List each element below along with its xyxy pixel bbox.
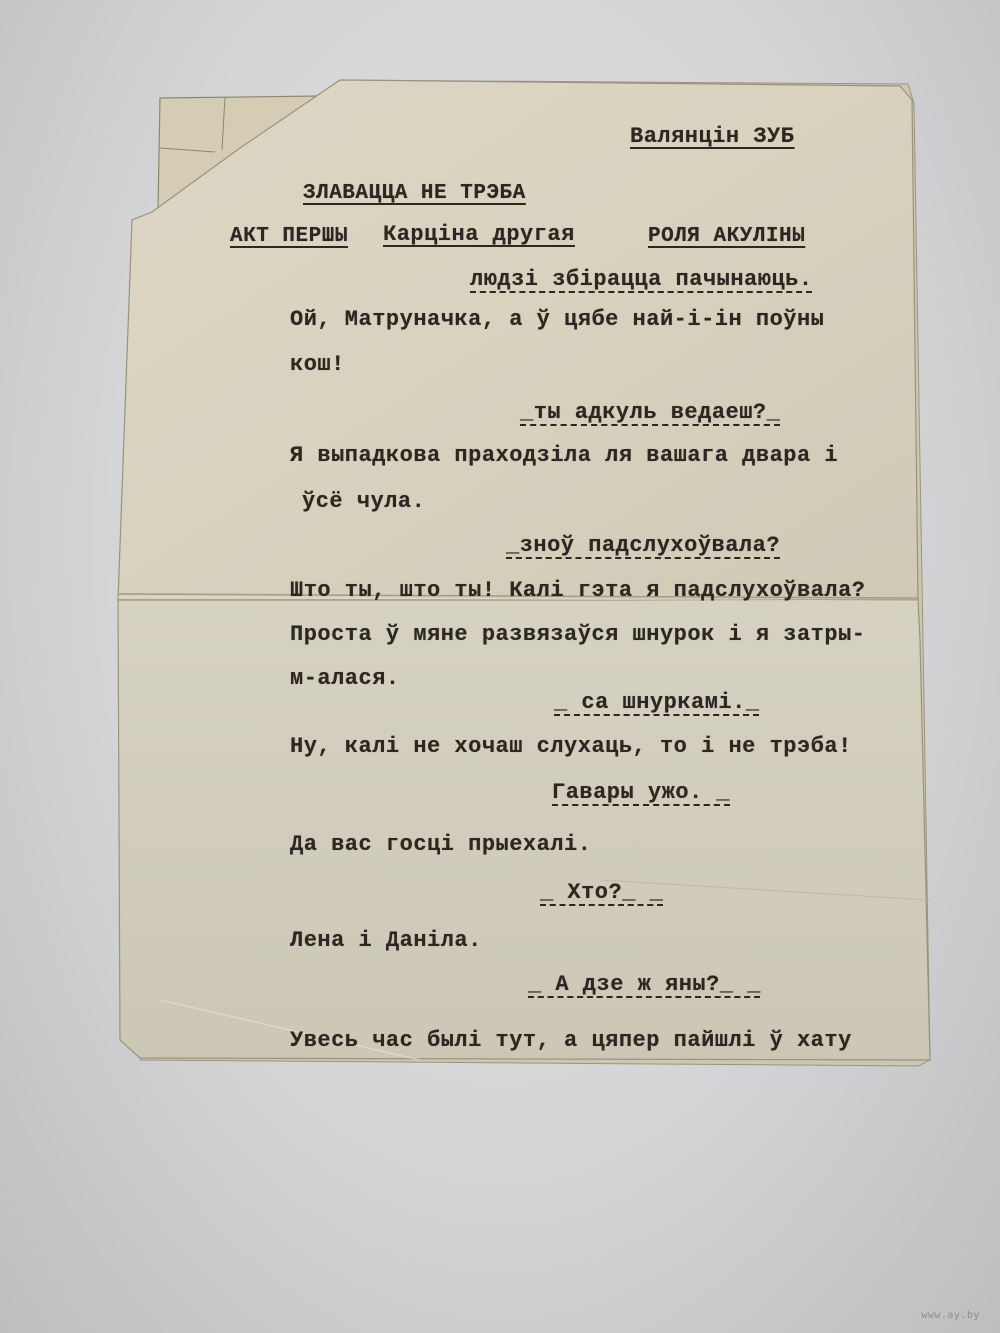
cue-line: _ А дзе ж яны?_ _ (528, 972, 761, 997)
author-name: Валянцін ЗУБ (630, 124, 794, 149)
speech-line: Увесь час былі тут, а цяпер пайшлі ў хат… (290, 1028, 852, 1053)
play-title: ЗЛАВАЦЦА НЕ ТРЭБА (303, 182, 526, 205)
speech-line: Што ты, што ты! Калі гэта я падслухоўвал… (290, 578, 866, 603)
speech-line: Ой, Матруначка, а ў цябе най-і-ін поўны (290, 307, 824, 332)
act-label: АКТ ПЕРШЫ (230, 225, 348, 248)
cue-line: _ Хто?_ _ (540, 880, 663, 905)
cue-line: _зноў падслухоўвала? (506, 533, 780, 558)
scene-label: Карціна другая (383, 222, 575, 247)
speech-line: Лена і Даніла. (290, 928, 482, 953)
typewritten-sheet: Валянцін ЗУБ ЗЛАВАЦЦА НЕ ТРЭБА АКТ ПЕРШЫ… (0, 0, 1000, 1333)
speech-line: ўсё чула. (302, 489, 425, 514)
cue-line: _ са шнуркамі._ (554, 690, 760, 715)
speech-line: Проста ў мяне развязаўся шнурок і я затр… (290, 622, 866, 647)
speech-line: Я выпадкова праходзіла ля вашага двара і (290, 443, 838, 468)
cue-line: людзі збірацца пачынаюць. (470, 267, 813, 292)
cue-line: _ты адкуль ведаеш?_ (520, 400, 780, 425)
speech-line: м-алася. (290, 666, 400, 691)
speech-line: Ну, калі не хочаш слухаць, то і не трэба… (290, 734, 852, 759)
watermark: www.ay.by (921, 1310, 980, 1321)
speech-line: кош! (290, 352, 345, 377)
cue-line: Гавары ужо. _ (552, 780, 730, 805)
speech-line: Да вас госці прыехалі. (290, 832, 591, 857)
role-label: РОЛЯ АКУЛІНЫ (648, 225, 805, 248)
